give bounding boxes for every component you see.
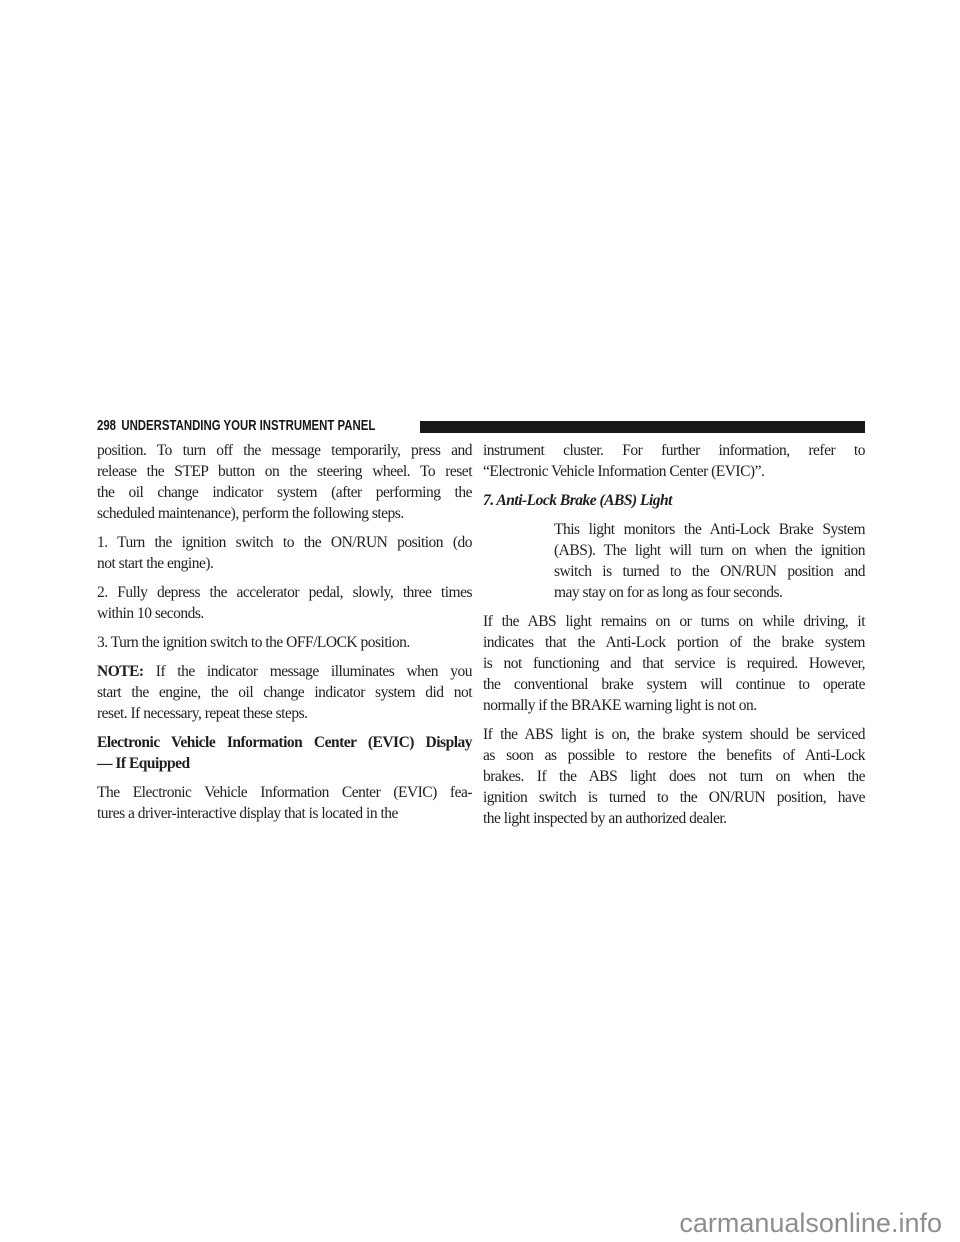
- text-line: 1. Turn the ignition switch to the ON/RU…: [97, 532, 472, 553]
- text-line: instrument cluster. For further informat…: [483, 440, 865, 461]
- page-number: 298: [97, 417, 116, 434]
- manual-page: 298UNDERSTANDING YOUR INSTRUMENT PANEL p…: [0, 0, 960, 1242]
- text-line: Electronic Vehicle Information Center (E…: [97, 732, 472, 753]
- step-1: 1. Turn the ignition switch to the ON/RU…: [97, 532, 472, 574]
- page-header: 298UNDERSTANDING YOUR INSTRUMENT PANEL: [97, 419, 865, 433]
- text-line: the conventional brake system will conti…: [483, 674, 865, 695]
- abs-light-description: This light monitors the Anti-Lock Brake …: [483, 519, 865, 603]
- text-line: within 10 seconds.: [97, 603, 472, 624]
- text-line: ignition switch is turned to the ON/RUN …: [483, 787, 865, 808]
- text-line: This light monitors the Anti-Lock Brake …: [554, 519, 865, 540]
- left-column: position. To turn off the message tempor…: [97, 440, 472, 829]
- text-line: scheduled maintenance), perform the foll…: [97, 503, 472, 524]
- text-line: position. To turn off the message tempor…: [97, 440, 472, 461]
- text-columns: position. To turn off the message tempor…: [97, 440, 865, 829]
- text-line: start the engine, the oil change indicat…: [97, 682, 472, 703]
- evic-display-heading: Electronic Vehicle Information Center (E…: [97, 732, 472, 774]
- text-line: may stay on for as long as four seconds.: [554, 582, 865, 603]
- step-2: 2. Fully depress the accelerator pedal, …: [97, 582, 472, 624]
- abs-warning-paragraph: If the ABS light remains on or turns on …: [483, 611, 865, 716]
- intro-paragraph: position. To turn off the message tempor…: [97, 440, 472, 524]
- text-line: reset. If necessary, repeat these steps.: [97, 703, 472, 724]
- header-text: 298UNDERSTANDING YOUR INSTRUMENT PANEL: [97, 419, 375, 433]
- text-line: the light inspected by an authorized dea…: [483, 808, 865, 829]
- step-3: 3. Turn the ignition switch to the OFF/L…: [97, 632, 472, 653]
- abs-light-heading: 7. Anti-Lock Brake (ABS) Light: [483, 490, 865, 511]
- text-line: NOTE: If the indicator message illuminat…: [97, 661, 472, 682]
- section-title: UNDERSTANDING YOUR INSTRUMENT PANEL: [121, 417, 375, 434]
- evic-continued-paragraph: instrument cluster. For further informat…: [483, 440, 865, 482]
- watermark: carmanualsonline.info: [679, 1208, 942, 1239]
- evic-paragraph: The Electronic Vehicle Information Cente…: [97, 782, 472, 824]
- header-rule-bar: [420, 421, 865, 433]
- text-line: not start the engine).: [97, 553, 472, 574]
- text-line: the oil change indicator system (after p…: [97, 482, 472, 503]
- text-line: — If Equipped: [97, 753, 472, 774]
- text-line: tures a driver-interactive display that …: [97, 803, 472, 824]
- text-line: brakes. If the ABS light does not turn o…: [483, 766, 865, 787]
- text-line: as soon as possible to restore the benef…: [483, 745, 865, 766]
- text-line: The Electronic Vehicle Information Cente…: [97, 782, 472, 803]
- text-line: 2. Fully depress the accelerator pedal, …: [97, 582, 472, 603]
- text-line: release the STEP button on the steering …: [97, 461, 472, 482]
- text-line: If the ABS light remains on or turns on …: [483, 611, 865, 632]
- text-line: switch is turned to the ON/RUN position …: [554, 561, 865, 582]
- text-line: is not functioning and that service is r…: [483, 653, 865, 674]
- text-line: 3. Turn the ignition switch to the OFF/L…: [97, 632, 472, 653]
- text-line: 7. Anti-Lock Brake (ABS) Light: [483, 490, 865, 511]
- text-line: normally if the BRAKE warning light is n…: [483, 695, 865, 716]
- abs-service-paragraph: If the ABS light is on, the brake system…: [483, 724, 865, 829]
- note-paragraph: NOTE: If the indicator message illuminat…: [97, 661, 472, 724]
- text-line: “Electronic Vehicle Information Center (…: [483, 461, 865, 482]
- text-line: If the ABS light is on, the brake system…: [483, 724, 865, 745]
- right-column: instrument cluster. For further informat…: [483, 440, 865, 829]
- text-line: (ABS). The light will turn on when the i…: [554, 540, 865, 561]
- text-line: indicates that the Anti-Lock portion of …: [483, 632, 865, 653]
